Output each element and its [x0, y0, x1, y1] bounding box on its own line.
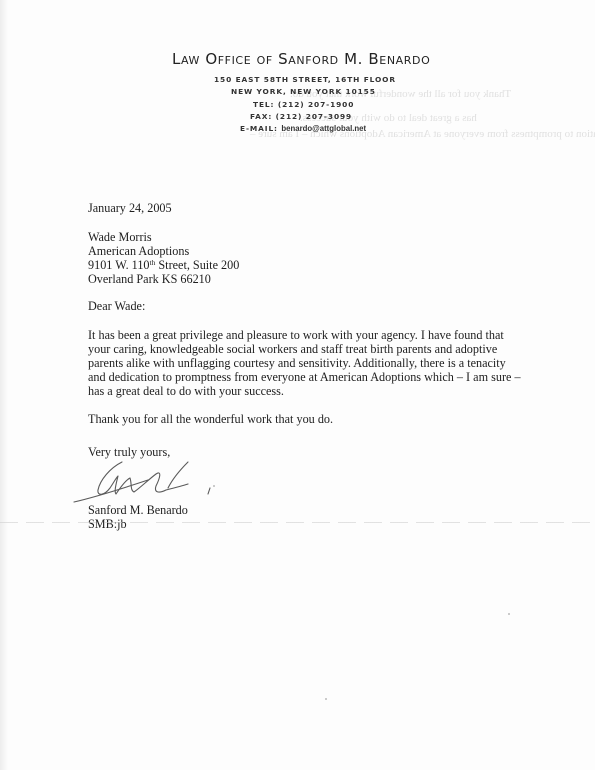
- address-line-2: New York, New York 10155: [231, 87, 376, 96]
- body-line: It has been a great privilege and pleasu…: [88, 328, 504, 343]
- body-line: parents alike with unflagging courtesy a…: [88, 356, 506, 371]
- signature-icon: [60, 458, 230, 508]
- scan-speck: [508, 613, 510, 615]
- email-label: E-Mail:: [240, 124, 278, 133]
- street-number: 9101 W. 110: [88, 258, 150, 272]
- street-name: Street, Suite 200: [155, 258, 239, 272]
- email-line: E-Mail: benardo@attglobal.net: [240, 124, 366, 133]
- recipient-organization: American Adoptions: [88, 244, 189, 259]
- firm-name: Law Office of Sanford M. Benardo: [172, 50, 430, 68]
- email-address: benardo@attglobal.net: [281, 124, 366, 133]
- salutation: Dear Wade:: [88, 299, 145, 314]
- scan-speck: [213, 485, 215, 487]
- body-line: your caring, knowledgeable social worker…: [88, 342, 497, 357]
- typist-initials: SMB:jb: [88, 517, 127, 532]
- closing-paragraph: Thank you for all the wonderful work tha…: [88, 412, 333, 427]
- fax: Fax: (212) 207-3099: [250, 112, 352, 121]
- scan-speck: [325, 698, 327, 700]
- letter-date: January 24, 2005: [88, 201, 172, 216]
- recipient-city: Overland Park KS 66210: [88, 272, 211, 287]
- recipient-street: 9101 W. 110th Street, Suite 200: [88, 258, 239, 273]
- scan-fold-line: [0, 522, 595, 523]
- address-line-1: 150 East 58th Street, 16th Floor: [214, 75, 396, 84]
- scan-edge-shadow: [0, 0, 8, 770]
- letter-page: Thank you for all the wonderful work tha…: [0, 0, 595, 770]
- body-line: and dedication to promptness from everyo…: [88, 370, 521, 385]
- recipient-name: Wade Morris: [88, 230, 152, 245]
- signer-name: Sanford M. Benardo: [88, 503, 188, 518]
- telephone: Tel: (212) 207-1900: [253, 100, 354, 109]
- body-line: has a great deal to do with your success…: [88, 384, 284, 399]
